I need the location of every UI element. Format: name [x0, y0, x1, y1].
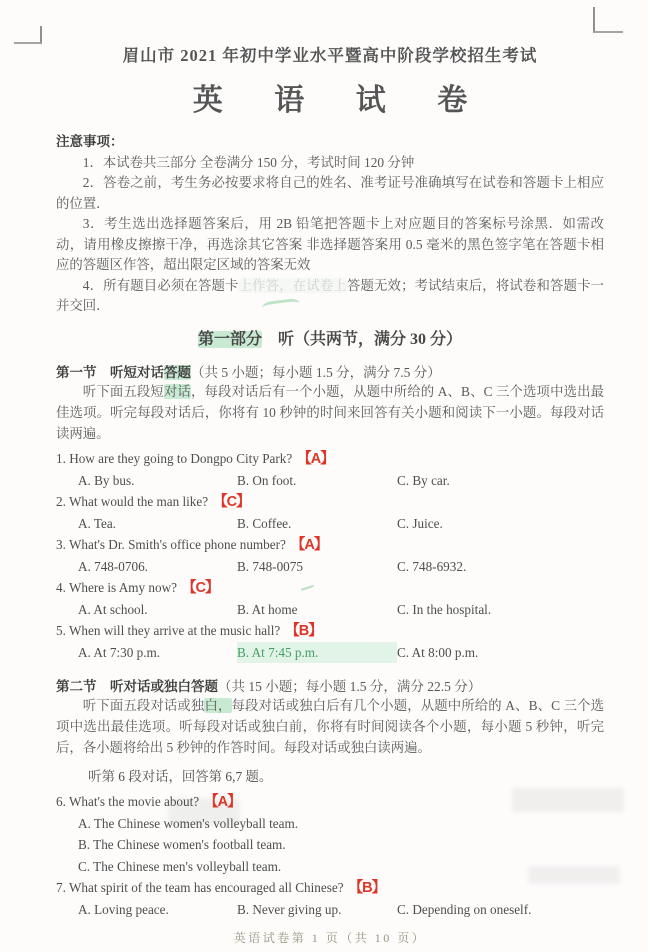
question-4-option-b: B. At home: [237, 599, 397, 620]
question-4: 4. Where is Amy now?【C】 A. At school.B. …: [56, 577, 604, 620]
section2-instructions: 听下面五段对话或独白，每段对话或独白后有几个小题，从题中所给的 A、B、C 三个…: [56, 695, 604, 758]
section1-title-highlight: 答题: [164, 365, 191, 380]
question-7-answer-mark: 【B】: [349, 878, 385, 899]
question-2-text: 2. What would the man like?: [56, 491, 208, 512]
notice-4-smudged-text: 上作答，在试卷上: [239, 278, 347, 293]
notices-label: 注意事项：: [56, 132, 604, 153]
question-3-option-b: B. 748-0075: [237, 556, 397, 577]
question-1-answer-mark: 【A】: [297, 449, 333, 470]
crop-mark-top-right: [593, 7, 623, 33]
section2-title-rest: （共 15 小题；每小题 1.5 分，满分 22.5 分）: [218, 679, 481, 694]
notice-item-4: 4．所有题目必须在答题卡上作答，在试卷上答题无效；考试结束后，将试卷和答题卡一并…: [56, 276, 604, 317]
section1-title-rest: （共 5 小题；每小题 1.5 分，满分 7.5 分）: [191, 365, 441, 380]
question-3-text: 3. What's Dr. Smith's office phone numbe…: [56, 534, 286, 555]
footer-page-number: 英语试卷第 1 页（共 10 页）: [56, 929, 604, 946]
question-7: 7. What spirit of the team has encourage…: [56, 877, 604, 920]
question-6-option-a: A. The Chinese women's volleyball team.: [78, 813, 604, 835]
question-5-option-c: C. At 8:00 p.m.: [397, 642, 604, 663]
section2-title: 第二节 听对话或独白答题（共 15 小题；每小题 1.5 分，满分 22.5 分…: [56, 675, 604, 695]
crop-mark-top-left: [14, 26, 42, 44]
question-7-option-b: B. Never giving up.: [237, 899, 397, 920]
question-2-answer-mark: 【C】: [213, 492, 249, 513]
section1-instr-highlight: 对话: [164, 384, 191, 399]
question-4-text: 4. Where is Amy now?: [56, 577, 177, 598]
part1-heading-highlight: 第一部分: [198, 331, 262, 348]
question-6-options: A. The Chinese women's volleyball team. …: [56, 813, 604, 878]
section1-title: 第一节 听短对话答题（共 5 小题；每小题 1.5 分，满分 7.5 分）: [56, 361, 604, 381]
section1-instructions: 听下面五段短对话，每段对话后有一个小题，从题中所给的 A、B、C 三个选项中选出…: [56, 381, 604, 444]
question-1-option-c: C. By car.: [397, 470, 604, 491]
part1-heading: 第一部分 听（共两节，满分 30 分）: [56, 326, 604, 349]
notice-item-3: 3．考生选出选择题答案后，用 2B 铅笔把答题卡上对应题目的答案标号涂黑．如需改…: [56, 214, 604, 276]
section2-instr-highlight: 白，: [204, 698, 231, 713]
question-2: 2. What would the man like?【C】 A. Tea.B.…: [56, 491, 604, 534]
question-4-option-c: C. In the hospital.: [397, 599, 604, 620]
dialog-6-prompt: 听第 6 段对话，回答第 6,7 题。: [56, 766, 604, 787]
question-2-option-a: A. Tea.: [78, 513, 237, 534]
exam-sheet: 眉山市 2021 年初中学业水平暨高中阶段学校招生考试 英 语 试 卷 注意事项…: [0, 0, 648, 952]
section2-title-bold: 第二节 听对话或独白答题: [56, 679, 218, 694]
question-5-text: 5. When will they arrive at the music ha…: [56, 620, 280, 641]
notice-4-text: 4．所有题目必须在答题卡: [83, 278, 239, 293]
question-1: 1. How are they going to Dongpo City Par…: [56, 448, 604, 491]
question-6-option-c: C. The Chinese men's volleyball team.: [78, 856, 604, 878]
question-5-option-b: B. At 7:45 p.m.: [237, 642, 397, 663]
question-4-option-a: A. At school.: [78, 599, 237, 620]
question-7-text: 7. What spirit of the team has encourage…: [56, 877, 344, 898]
question-7-option-a: A. Loving peace.: [78, 899, 237, 920]
question-1-option-a: A. By bus.: [78, 470, 237, 491]
question-4-answer-mark: 【C】: [182, 578, 218, 599]
section2-instr-pre: 听下面五段对话或独: [83, 698, 205, 713]
exam-title: 眉山市 2021 年初中学业水平暨高中阶段学校招生考试: [56, 42, 604, 66]
question-6-text: 6. What's the movie about?: [56, 791, 199, 812]
question-6-option-b: B. The Chinese women's football team.: [78, 834, 604, 856]
question-2-option-c: C. Juice.: [397, 513, 604, 534]
question-3-option-c: C. 748-6932.: [397, 556, 604, 577]
question-3-answer-mark: 【A】: [291, 535, 327, 556]
question-3-option-a: A. 748-0706.: [78, 556, 237, 577]
section1-title-bold: 第一节 听短对话: [56, 365, 164, 380]
notices: 注意事项： 1．本试卷共三部分 全卷满分 150 分，考试时间 120 分钟 2…: [56, 132, 604, 317]
section1-questions: 1. How are they going to Dongpo City Par…: [56, 448, 604, 663]
notice-item-1: 1．本试卷共三部分 全卷满分 150 分，考试时间 120 分钟: [56, 153, 604, 174]
question-6-answer-mark: 【A】: [204, 792, 240, 813]
question-5-answer-mark: 【B】: [285, 621, 321, 642]
section1-instr-pre: 听下面五段短: [83, 384, 164, 399]
question-7-option-c: C. Depending on oneself.: [397, 899, 604, 920]
question-1-text: 1. How are they going to Dongpo City Par…: [56, 448, 292, 469]
part1-heading-rest: 听（共两节，满分 30 分）: [262, 331, 462, 348]
question-2-option-b: B. Coffee.: [237, 513, 397, 534]
question-6: 6. What's the movie about?【A】 A. The Chi…: [56, 791, 604, 878]
page-content: 眉山市 2021 年初中学业水平暨高中阶段学校招生考试 英 语 试 卷 注意事项…: [56, 42, 604, 946]
question-1-option-b: B. On foot.: [237, 470, 397, 491]
question-3: 3. What's Dr. Smith's office phone numbe…: [56, 534, 604, 577]
paper-title: 英 语 试 卷: [56, 75, 604, 119]
question-5: 5. When will they arrive at the music ha…: [56, 620, 604, 663]
notice-item-2: 2．答卷之前，考生务必按要求将自己的姓名、准考证号准确填写在试卷和答题卡上相应的…: [56, 173, 604, 214]
question-5-option-a: A. At 7:30 p.m.: [78, 642, 237, 663]
section2-questions: 6. What's the movie about?【A】 A. The Chi…: [56, 791, 604, 921]
